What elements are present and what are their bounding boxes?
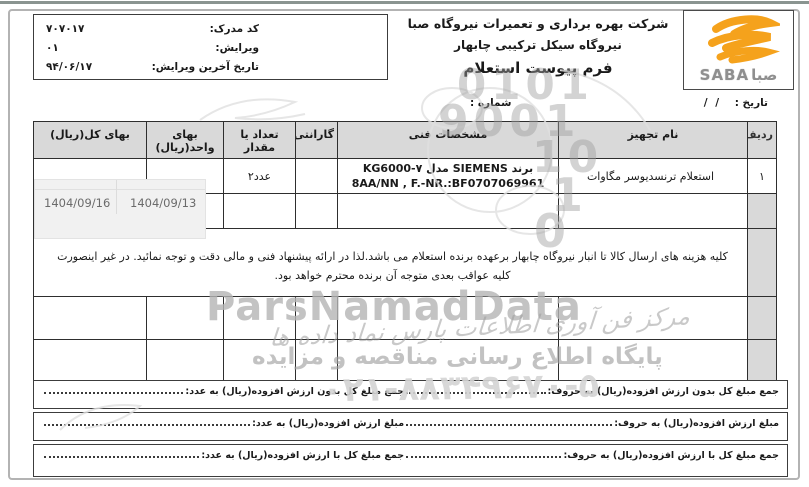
saba-logo-latin: SABA — [700, 66, 749, 84]
row5-quantity — [224, 340, 296, 381]
row5-equipment-name — [559, 340, 748, 381]
header-total-price: بهای کل(ریال) — [34, 122, 147, 159]
total-without-vat-box: جمع مبلغ کل بدون ارزش افزوده(ریال) به حر… — [33, 380, 788, 409]
row1-specs-line1: برند SIEMENS مدل KG6000-۷ — [341, 161, 555, 176]
last-revision-date-value: ۹۴/۰۶/۱۷ — [46, 61, 92, 73]
row4-total-price — [34, 297, 147, 340]
header-unit-price: بهای واحد(ریال) — [147, 122, 224, 159]
tooltip-top-divider — [35, 189, 205, 190]
table-header-row: ردیف نام تجهیز مشخصات فنی گارانتی تعداد … — [34, 122, 777, 159]
form-title: فرم پیوست استعلام — [390, 59, 686, 77]
tooltip-date-2: 1404/09/13 — [130, 196, 196, 210]
total-with-vat-row: جمع مبلغ کل با ارزش افزوده(ریال) به حروف… — [42, 450, 779, 461]
row1-technical-specs: برند SIEMENS مدل KG6000-۷ 8AA/NN , F.-NR… — [338, 159, 559, 194]
saba-logo-persian: صبا — [751, 66, 777, 84]
last-revision-date-label: تاریخ آخرین ویرایش: — [152, 61, 259, 73]
total-with-vat-digits-label: جمع مبلغ کل با ارزش افزوده(ریال) به عدد: — [201, 450, 404, 461]
doc-code-value: ۷۰۷۰۱۷ — [46, 23, 84, 35]
header-equipment-name: نام تجهیز — [559, 122, 748, 159]
total-with-vat-box: جمع مبلغ کل با ارزش افزوده(ریال) به حروف… — [33, 444, 788, 477]
row4-equipment-name — [559, 297, 748, 340]
row4-quantity — [224, 297, 296, 340]
items-table-wrap: ردیف نام تجهیز مشخصات فنی گارانتی تعداد … — [33, 121, 777, 381]
header-warranty: گارانتی — [296, 122, 338, 159]
total-without-vat-digits-label: جمع مبلغ کل بدون ارزش افزوده(ریال) به عد… — [185, 386, 404, 397]
row1-quantity: ۲عدد — [224, 159, 296, 194]
total-without-vat-words-label: جمع مبلغ کل بدون ارزش افزوده(ریال) به حر… — [548, 386, 780, 397]
vat-amount-words-label: مبلغ ارزش افزوده(ریال) به حروف: — [614, 418, 779, 429]
row4-unit-price — [147, 297, 224, 340]
revision-label: ویرایش: — [215, 42, 259, 54]
company-name: شرکت بهره برداری و تعمیرات نیروگاه صبا — [390, 16, 686, 31]
total-with-vat-words-label: جمع مبلغ کل با ارزش افزوده(ریال) به حروف… — [563, 450, 779, 461]
date-field: تاریخ : / / — [704, 97, 768, 109]
total-with-vat-digits-fill — [44, 456, 199, 458]
date-label: تاریخ : — [735, 97, 768, 109]
total-without-vat-digits-fill — [44, 392, 183, 394]
row5-total-price — [34, 340, 147, 381]
row5-number — [748, 340, 777, 381]
header-quantity: تعداد یا مقدار — [224, 122, 296, 159]
document-meta-box: کد مدرک: ۷۰۷۰۱۷ ویرایش: ۰۱ تاریخ آخرین و… — [33, 14, 388, 80]
row1-equipment-name: استعلام ترنسدیوسر مگاوات — [559, 159, 748, 194]
row5-warranty — [296, 340, 338, 381]
tooltip-date-1: 1404/09/16 — [44, 196, 110, 210]
total-without-vat-row: جمع مبلغ کل بدون ارزش افزوده(ریال) به حر… — [42, 386, 779, 397]
row2-quantity — [224, 194, 296, 229]
vat-amount-box: مبلغ ارزش افزوده(ریال) به حروف: مبلغ ارز… — [33, 412, 788, 441]
total-with-vat-words-fill — [406, 456, 561, 458]
meta-row-doc-code: کد مدرک: ۷۰۷۰۱۷ — [34, 22, 387, 41]
note-row-number — [748, 229, 777, 297]
number-field: شماره : — [470, 97, 511, 109]
saba-logo-box: SABA صبا — [683, 10, 794, 90]
row1-number: ۱ — [748, 159, 777, 194]
vat-amount-digits-label: مبلغ ارزش افزوده(ریال) به عدد: — [252, 418, 404, 429]
table-row-5-empty — [34, 340, 777, 381]
row4-technical-specs — [338, 297, 559, 340]
header-technical-specs: مشخصات فنی — [338, 122, 559, 159]
header-row-number: ردیف — [748, 122, 777, 159]
row1-warranty — [296, 159, 338, 194]
total-without-vat-words-fill — [406, 392, 545, 394]
row2-equipment-name — [559, 194, 748, 229]
date-slashes: / / — [704, 97, 721, 109]
row2-technical-specs — [338, 194, 559, 229]
row2-warranty — [296, 194, 338, 229]
row5-technical-specs — [338, 340, 559, 381]
title-block: شرکت بهره برداری و تعمیرات نیروگاه صبا ن… — [390, 16, 686, 77]
meta-row-last-revision-date: تاریخ آخرین ویرایش: ۹۴/۰۶/۱۷ — [34, 60, 387, 79]
inquiry-form-page: 0101 9001 10 1 0 کد مدرک: ۷۰۷۰۱۷ ویرایش:… — [0, 0, 809, 487]
number-label: شماره : — [470, 97, 511, 109]
revision-value: ۰۱ — [46, 42, 59, 54]
row2-number — [748, 194, 777, 229]
scan-top-strip — [0, 1, 809, 4]
dates-tooltip-overlay: 1404/09/16 1404/09/13 — [34, 179, 206, 239]
row1-specs-line2: 8AA/NN , F.-NR.:BF0707069961 — [341, 176, 555, 191]
row4-number — [748, 297, 777, 340]
tooltip-column-divider — [116, 180, 117, 214]
vat-amount-words-fill — [406, 424, 612, 426]
doc-code-label: کد مدرک: — [210, 23, 259, 35]
table-row-4-empty — [34, 297, 777, 340]
items-table: ردیف نام تجهیز مشخصات فنی گارانتی تعداد … — [33, 121, 777, 381]
vat-amount-digits-fill — [44, 424, 250, 426]
saba-swoosh-icon — [702, 13, 780, 65]
meta-row-revision: ویرایش: ۰۱ — [34, 41, 387, 60]
row5-unit-price — [147, 340, 224, 381]
plant-name: نیروگاه سیکل ترکیبی چابهار — [390, 38, 686, 52]
vat-amount-row: مبلغ ارزش افزوده(ریال) به حروف: مبلغ ارز… — [42, 418, 779, 429]
saba-logo-text: SABA صبا — [684, 66, 793, 84]
row4-warranty — [296, 297, 338, 340]
